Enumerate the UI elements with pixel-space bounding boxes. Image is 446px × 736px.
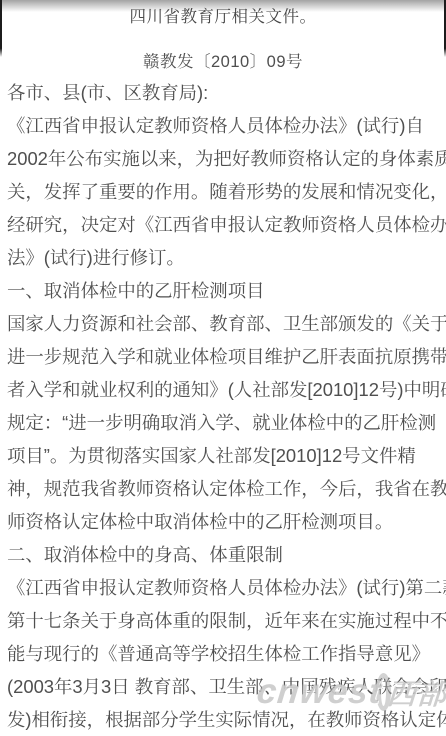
body-line: 规定：“进一步明确取消入学、就业体检中的乙肝检测 bbox=[7, 406, 439, 439]
document-body: 各市、县(市、区教育局): 《江西省申报认定教师资格人员体检办法》(试行)自20… bbox=[7, 76, 439, 736]
salutation-line: 各市、县(市、区教育局): bbox=[7, 76, 439, 109]
body-line: 师资格认定体检中取消体检中的乙肝检测项目。 bbox=[7, 505, 439, 538]
body-line: 进一步规范入学和就业体检项目维护乙肝表面抗原携带 bbox=[7, 340, 439, 373]
body-line: 发)相衔接，根据部分学生实际情况，在教师资格认定体 bbox=[7, 703, 439, 736]
body-line: 者入学和就业权利的通知》(人社部发[2010]12号)中明确 bbox=[7, 373, 439, 406]
body-line: 2002年公布实施以来，为把好教师资格认定的身体素质 bbox=[7, 142, 439, 175]
body-line: 第十七条关于身高体重的限制，近年来在实施过程中不 bbox=[7, 604, 439, 637]
body-line: 经研究，决定对《江西省申报认定教师资格人员体检办 bbox=[7, 208, 439, 241]
body-line: 项目”。为贯彻落实国家人社部发[2010]12号文件精 bbox=[7, 439, 439, 472]
body-line: 关，发挥了重要的作用。随着形势的发展和情况变化， bbox=[7, 175, 439, 208]
body-line: 神，规范我省教师资格认定体检工作，今后，我省在教 bbox=[7, 472, 439, 505]
body-lines: 《江西省申报认定教师资格人员体检办法》(试行)自2002年公布实施以来，为把好教… bbox=[7, 109, 439, 736]
body-line: 国家人力资源和社会部、教育部、卫生部颁发的《关于 bbox=[7, 307, 439, 340]
document-header-note: 四川省教育厅相关文件。 bbox=[0, 4, 446, 30]
body-line: 二、取消体检中的身高、体重限制 bbox=[7, 538, 439, 571]
body-line: 《江西省申报认定教师资格人员体检办法》(试行)自 bbox=[7, 109, 439, 142]
document-number: 赣教发〔2010〕09号 bbox=[0, 49, 446, 75]
body-line: 《江西省申报认定教师资格人员体检办法》(试行)第二款 bbox=[7, 571, 439, 604]
body-line: 一、取消体检中的乙肝检测项目 bbox=[7, 274, 439, 307]
document-page: 四川省教育厅相关文件。 赣教发〔2010〕09号 各市、县(市、区教育局): 《… bbox=[0, 0, 446, 736]
body-line: 能与现行的《普通高等学校招生体检工作指导意见》 bbox=[7, 637, 439, 670]
body-line: 法》(试行)进行修订。 bbox=[7, 241, 439, 274]
body-line: (2003年3月3日 教育部、卫生部、中国残疾人联合会印 bbox=[7, 670, 439, 703]
